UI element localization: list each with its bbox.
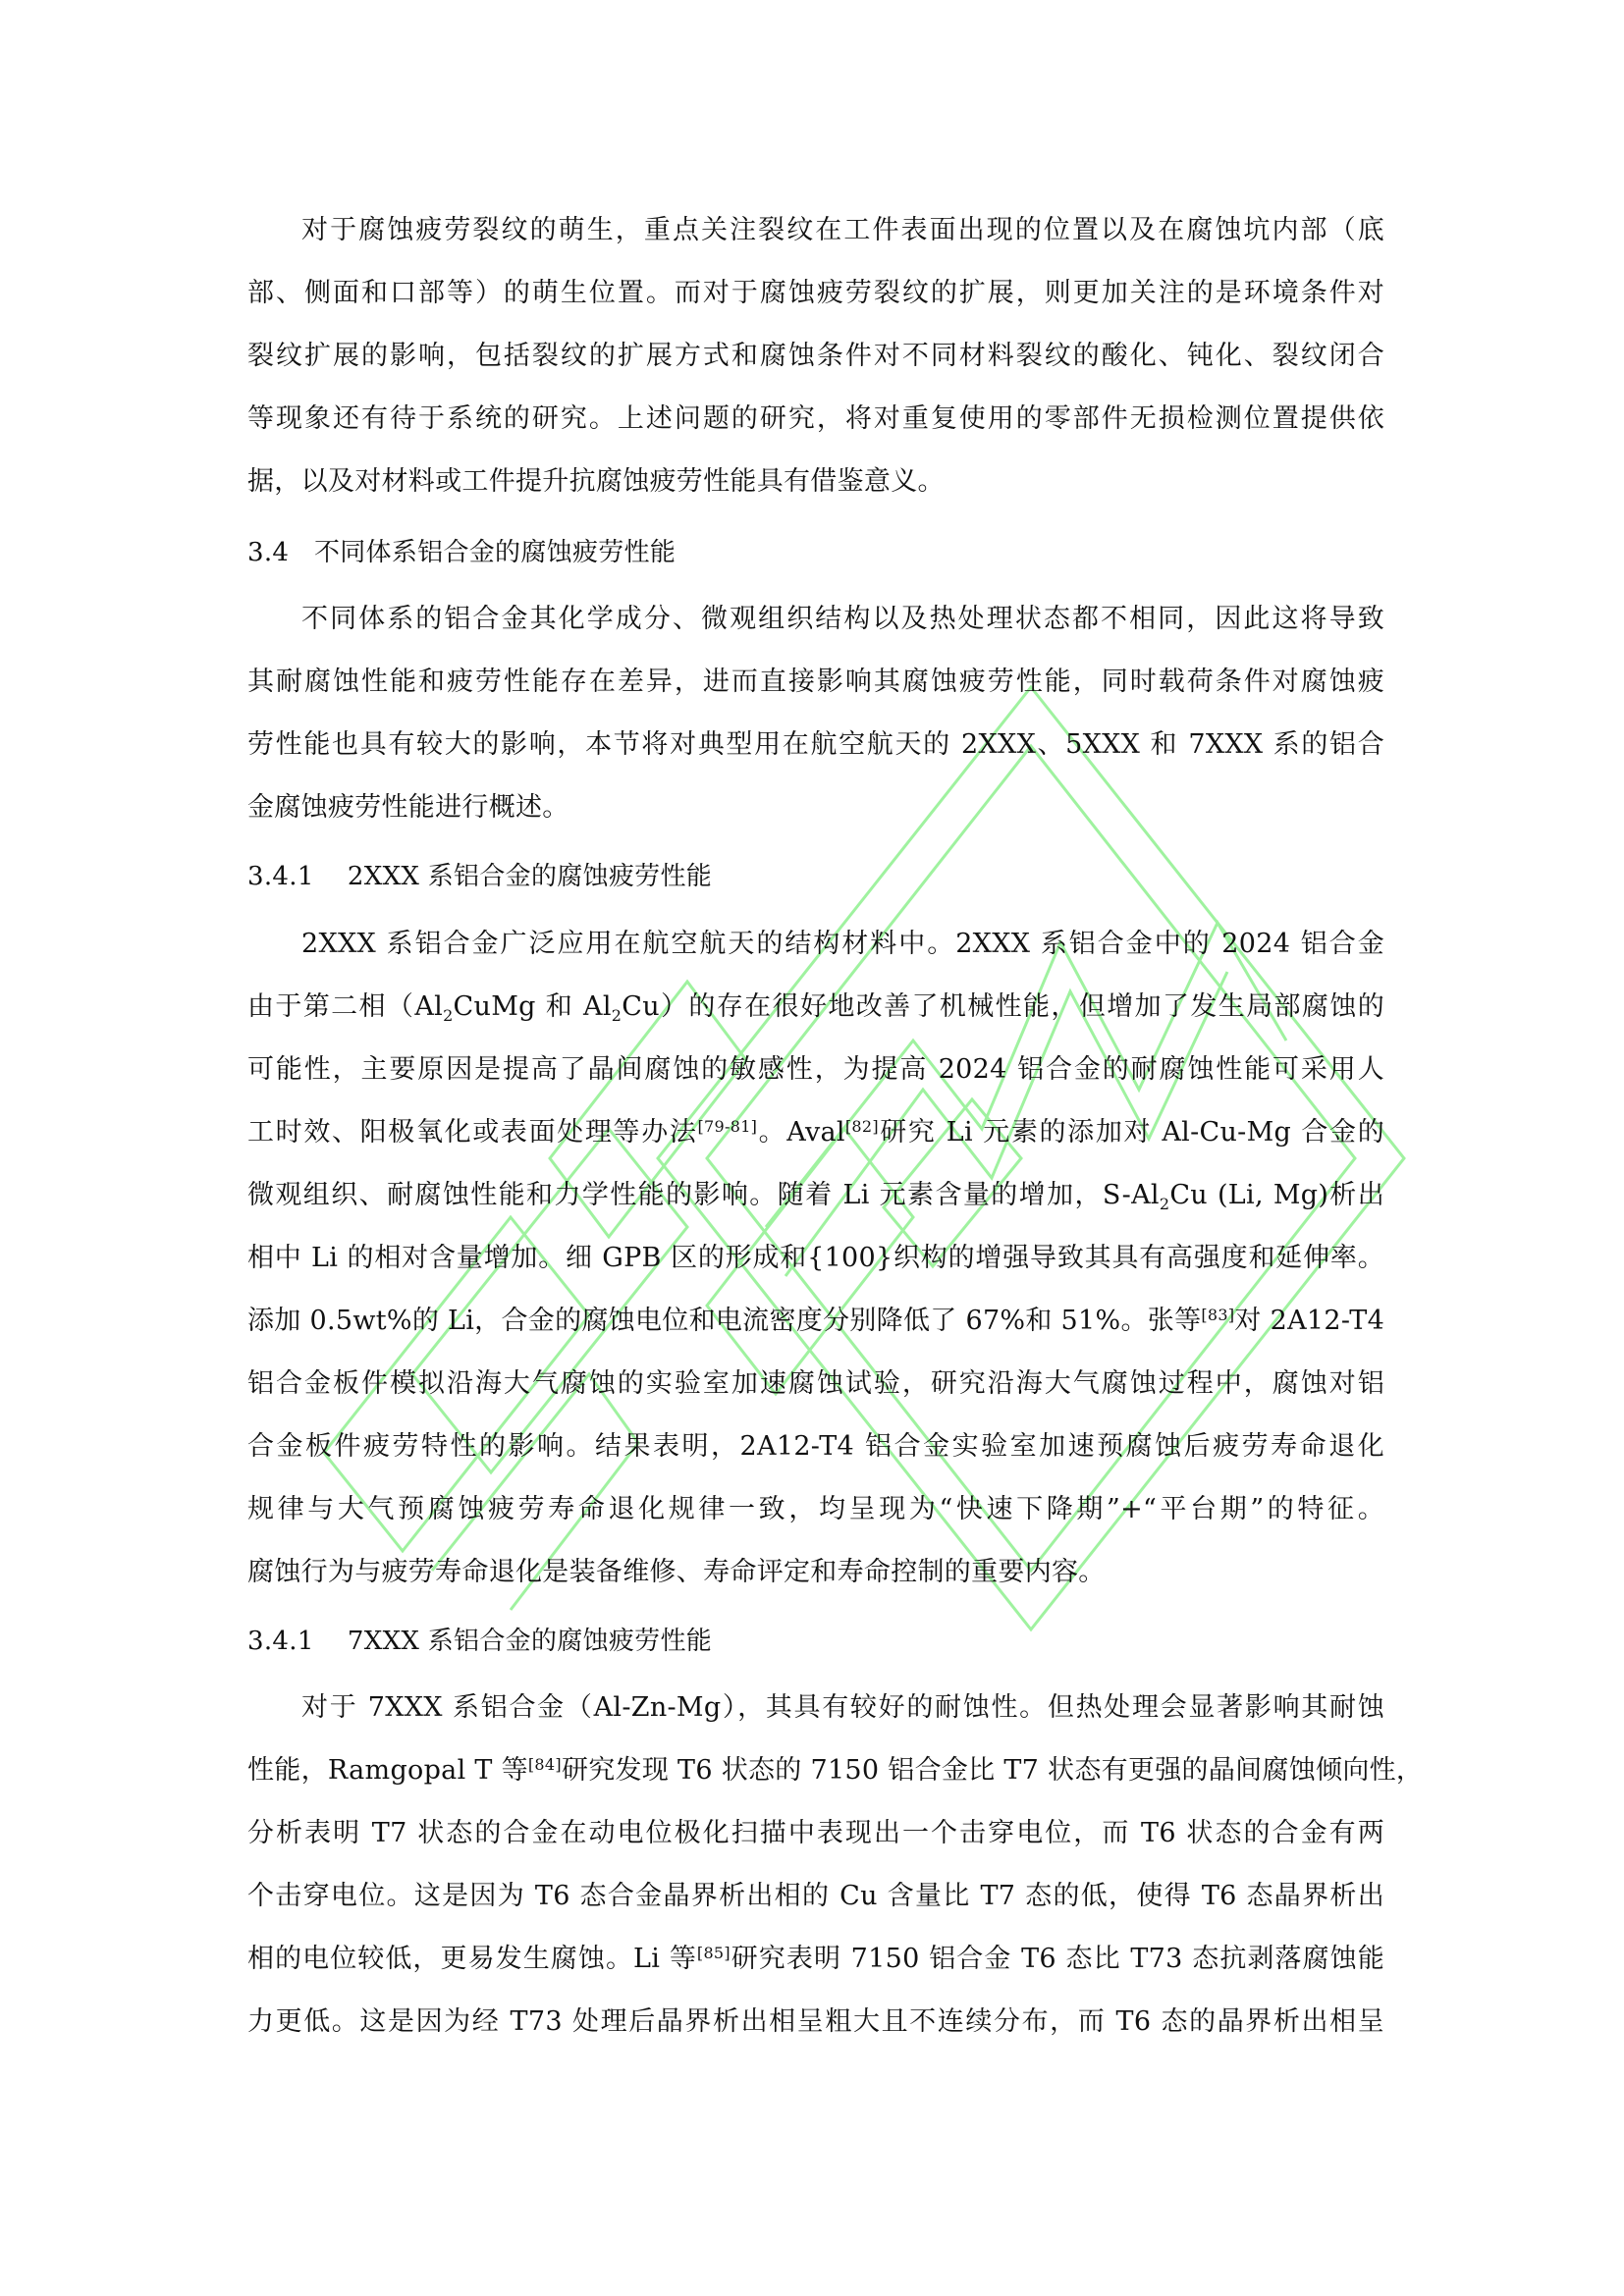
paragraph-line: 其耐腐蚀性能和疲劳性能存在差异，进而直接影响其腐蚀疲劳性能，同时载荷条件对腐蚀疲 — [247, 666, 1384, 699]
paragraph-line: 金腐蚀疲劳性能进行概述。 — [247, 791, 1384, 825]
paragraph-line: 腐蚀行为与疲劳寿命退化是装备维修、寿命评定和寿命控制的重要内容。 — [247, 1556, 1384, 1589]
paragraph-line: 2XXX 系铝合金广泛应用在航空航天的结构材料中。2XXX 系铝合金中的 202… — [301, 928, 1384, 961]
text: 对 2A12-T4 — [1234, 1306, 1384, 1336]
text: 相的电位较低，更易发生腐蚀。Li 等 — [247, 1944, 697, 1974]
section-number: 3.4.1 — [247, 1627, 314, 1656]
paragraph-line: 对于 7XXX 系铝合金（Al-Zn-Mg），其具有较好的耐蚀性。但热处理会显著… — [301, 1691, 1384, 1725]
paragraph-line: 由于第二相（Al2CuMg 和 Al2Cu）的存在很好地改善了机械性能，但增加了… — [247, 990, 1384, 1027]
text: 研究表明 7150 铝合金 T6 态比 T73 态抗剥落腐蚀能 — [731, 1944, 1384, 1974]
paragraph-line: 不同体系的铝合金其化学成分、微观组织结构以及热处理状态都不相同，因此这将导致 — [301, 603, 1384, 636]
paragraph-line: 部、侧面和口部等）的萌生位置。而对于腐蚀疲劳裂纹的扩展，则更加关注的是环境条件对 — [247, 277, 1384, 310]
paragraph-line: 对于腐蚀疲劳裂纹的萌生，重点关注裂纹在工件表面出现的位置以及在腐蚀坑内部（底 — [301, 214, 1384, 247]
paragraph-line: 规律与大气预腐蚀疲劳寿命退化规律一致，均呈现为“快速下降期”+“平台期”的特征。 — [247, 1493, 1384, 1526]
paragraph-line: 力更低。这是因为经 T73 处理后晶界析出相呈粗大且不连续分布，而 T6 态的晶… — [247, 2005, 1384, 2039]
paragraph-line: 工时效、阳极氧化或表面处理等办法[79-81]。Aval[82]研究 Li 元素… — [247, 1116, 1384, 1149]
section-title: 2XXX 系铝合金的腐蚀疲劳性能 — [348, 862, 712, 891]
paragraph-line: 分析表明 T7 状态的合金在动电位极化扫描中表现出一个击穿电位，而 T6 状态的… — [247, 1817, 1384, 1850]
section-heading-3-4-1-7xxx: 3.4.1 7XXX 系铝合金的腐蚀疲劳性能 — [247, 1625, 1384, 1658]
citation-ref: [79-81] — [698, 1117, 758, 1136]
paragraph-line: 微观组织、耐腐蚀性能和力学性能的影响。随着 Li 元素含量的增加，S-Al2Cu… — [247, 1179, 1384, 1215]
text: 性能，Ramgopal T 等 — [247, 1755, 528, 1786]
section-title: 不同体系铝合金的腐蚀疲劳性能 — [314, 538, 676, 567]
citation-ref: [84] — [528, 1755, 562, 1774]
citation-ref: [83] — [1201, 1306, 1234, 1324]
text: 工时效、阳极氧化或表面处理等办法 — [247, 1117, 698, 1148]
text: 微观组织、耐腐蚀性能和力学性能的影响。随着 Li 元素含量的增加，S-Al — [247, 1180, 1160, 1210]
paragraph-line: 个击穿电位。这是因为 T6 态合金晶界析出相的 Cu 含量比 T7 态的低，使得… — [247, 1880, 1384, 1913]
subscript: 2 — [1160, 1195, 1169, 1213]
citation-ref: [82] — [845, 1117, 879, 1136]
section-heading-3-4-1-2xxx: 3.4.1 2XXX 系铝合金的腐蚀疲劳性能 — [247, 860, 1384, 893]
section-title: 7XXX 系铝合金的腐蚀疲劳性能 — [348, 1627, 712, 1656]
paragraph-line: 相的电位较低，更易发生腐蚀。Li 等[85]研究表明 7150 铝合金 T6 态… — [247, 1943, 1384, 1976]
text: CuMg 和 Al — [454, 991, 612, 1022]
section-number: 3.4 — [247, 538, 289, 567]
paragraph-line: 添加 0.5wt%的 Li，合金的腐蚀电位和电流密度分别降低了 67%和 51%… — [247, 1305, 1384, 1338]
text: Cu）的存在很好地改善了机械性能，但增加了发生局部腐蚀的 — [622, 991, 1384, 1022]
subscript: 2 — [612, 1006, 622, 1025]
section-number: 3.4.1 — [247, 862, 314, 891]
text: 。Aval — [757, 1117, 845, 1148]
paragraph-line: 相中 Li 的相对含量增加。细 GPB 区的形成和{100}织构的增强导致其具有… — [247, 1242, 1384, 1275]
paragraph-line: 裂纹扩展的影响，包括裂纹的扩展方式和腐蚀条件对不同材料裂纹的酸化、钝化、裂纹闭合 — [247, 340, 1384, 373]
section-heading-3-4: 3.4 不同体系铝合金的腐蚀疲劳性能 — [247, 536, 1384, 569]
citation-ref: [85] — [697, 1944, 731, 1962]
document-page: 对于腐蚀疲劳裂纹的萌生，重点关注裂纹在工件表面出现的位置以及在腐蚀坑内部（底 部… — [0, 0, 1624, 2296]
subscript: 2 — [443, 1006, 453, 1025]
text: 研究发现 T6 状态的 7150 铝合金比 T7 状态有更强的晶间腐蚀倾向性， — [562, 1755, 1423, 1786]
paragraph-line: 可能性，主要原因是提高了晶间腐蚀的敏感性，为提高 2024 铝合金的耐腐蚀性能可… — [247, 1053, 1384, 1087]
paragraph-line: 劳性能也具有较大的影响，本节将对典型用在航空航天的 2XXX、5XXX 和 7X… — [247, 728, 1384, 762]
text: 由于第二相（Al — [247, 991, 443, 1022]
paragraph-line: 等现象还有待于系统的研究。上述问题的研究，将对重复使用的零部件无损检测位置提供依 — [247, 402, 1384, 436]
paragraph-line: 性能，Ramgopal T 等[84]研究发现 T6 状态的 7150 铝合金比… — [247, 1754, 1384, 1788]
paragraph-line: 据，以及对材料或工件提升抗腐蚀疲劳性能具有借鉴意义。 — [247, 465, 1384, 499]
paragraph-line: 铝合金板件模拟沿海大气腐蚀的实验室加速腐蚀试验，研究沿海大气腐蚀过程中，腐蚀对铝 — [247, 1367, 1384, 1401]
text: 研究 Li 元素的添加对 Al-Cu-Mg 合金的 — [879, 1117, 1384, 1148]
text: Cu (Li, Mg)析出 — [1169, 1180, 1384, 1210]
text: 添加 0.5wt%的 Li，合金的腐蚀电位和电流密度分别降低了 67%和 51%… — [247, 1306, 1201, 1336]
paragraph-line: 合金板件疲劳特性的影响。结果表明，2A12-T4 铝合金实验室加速预腐蚀后疲劳寿… — [247, 1430, 1384, 1464]
